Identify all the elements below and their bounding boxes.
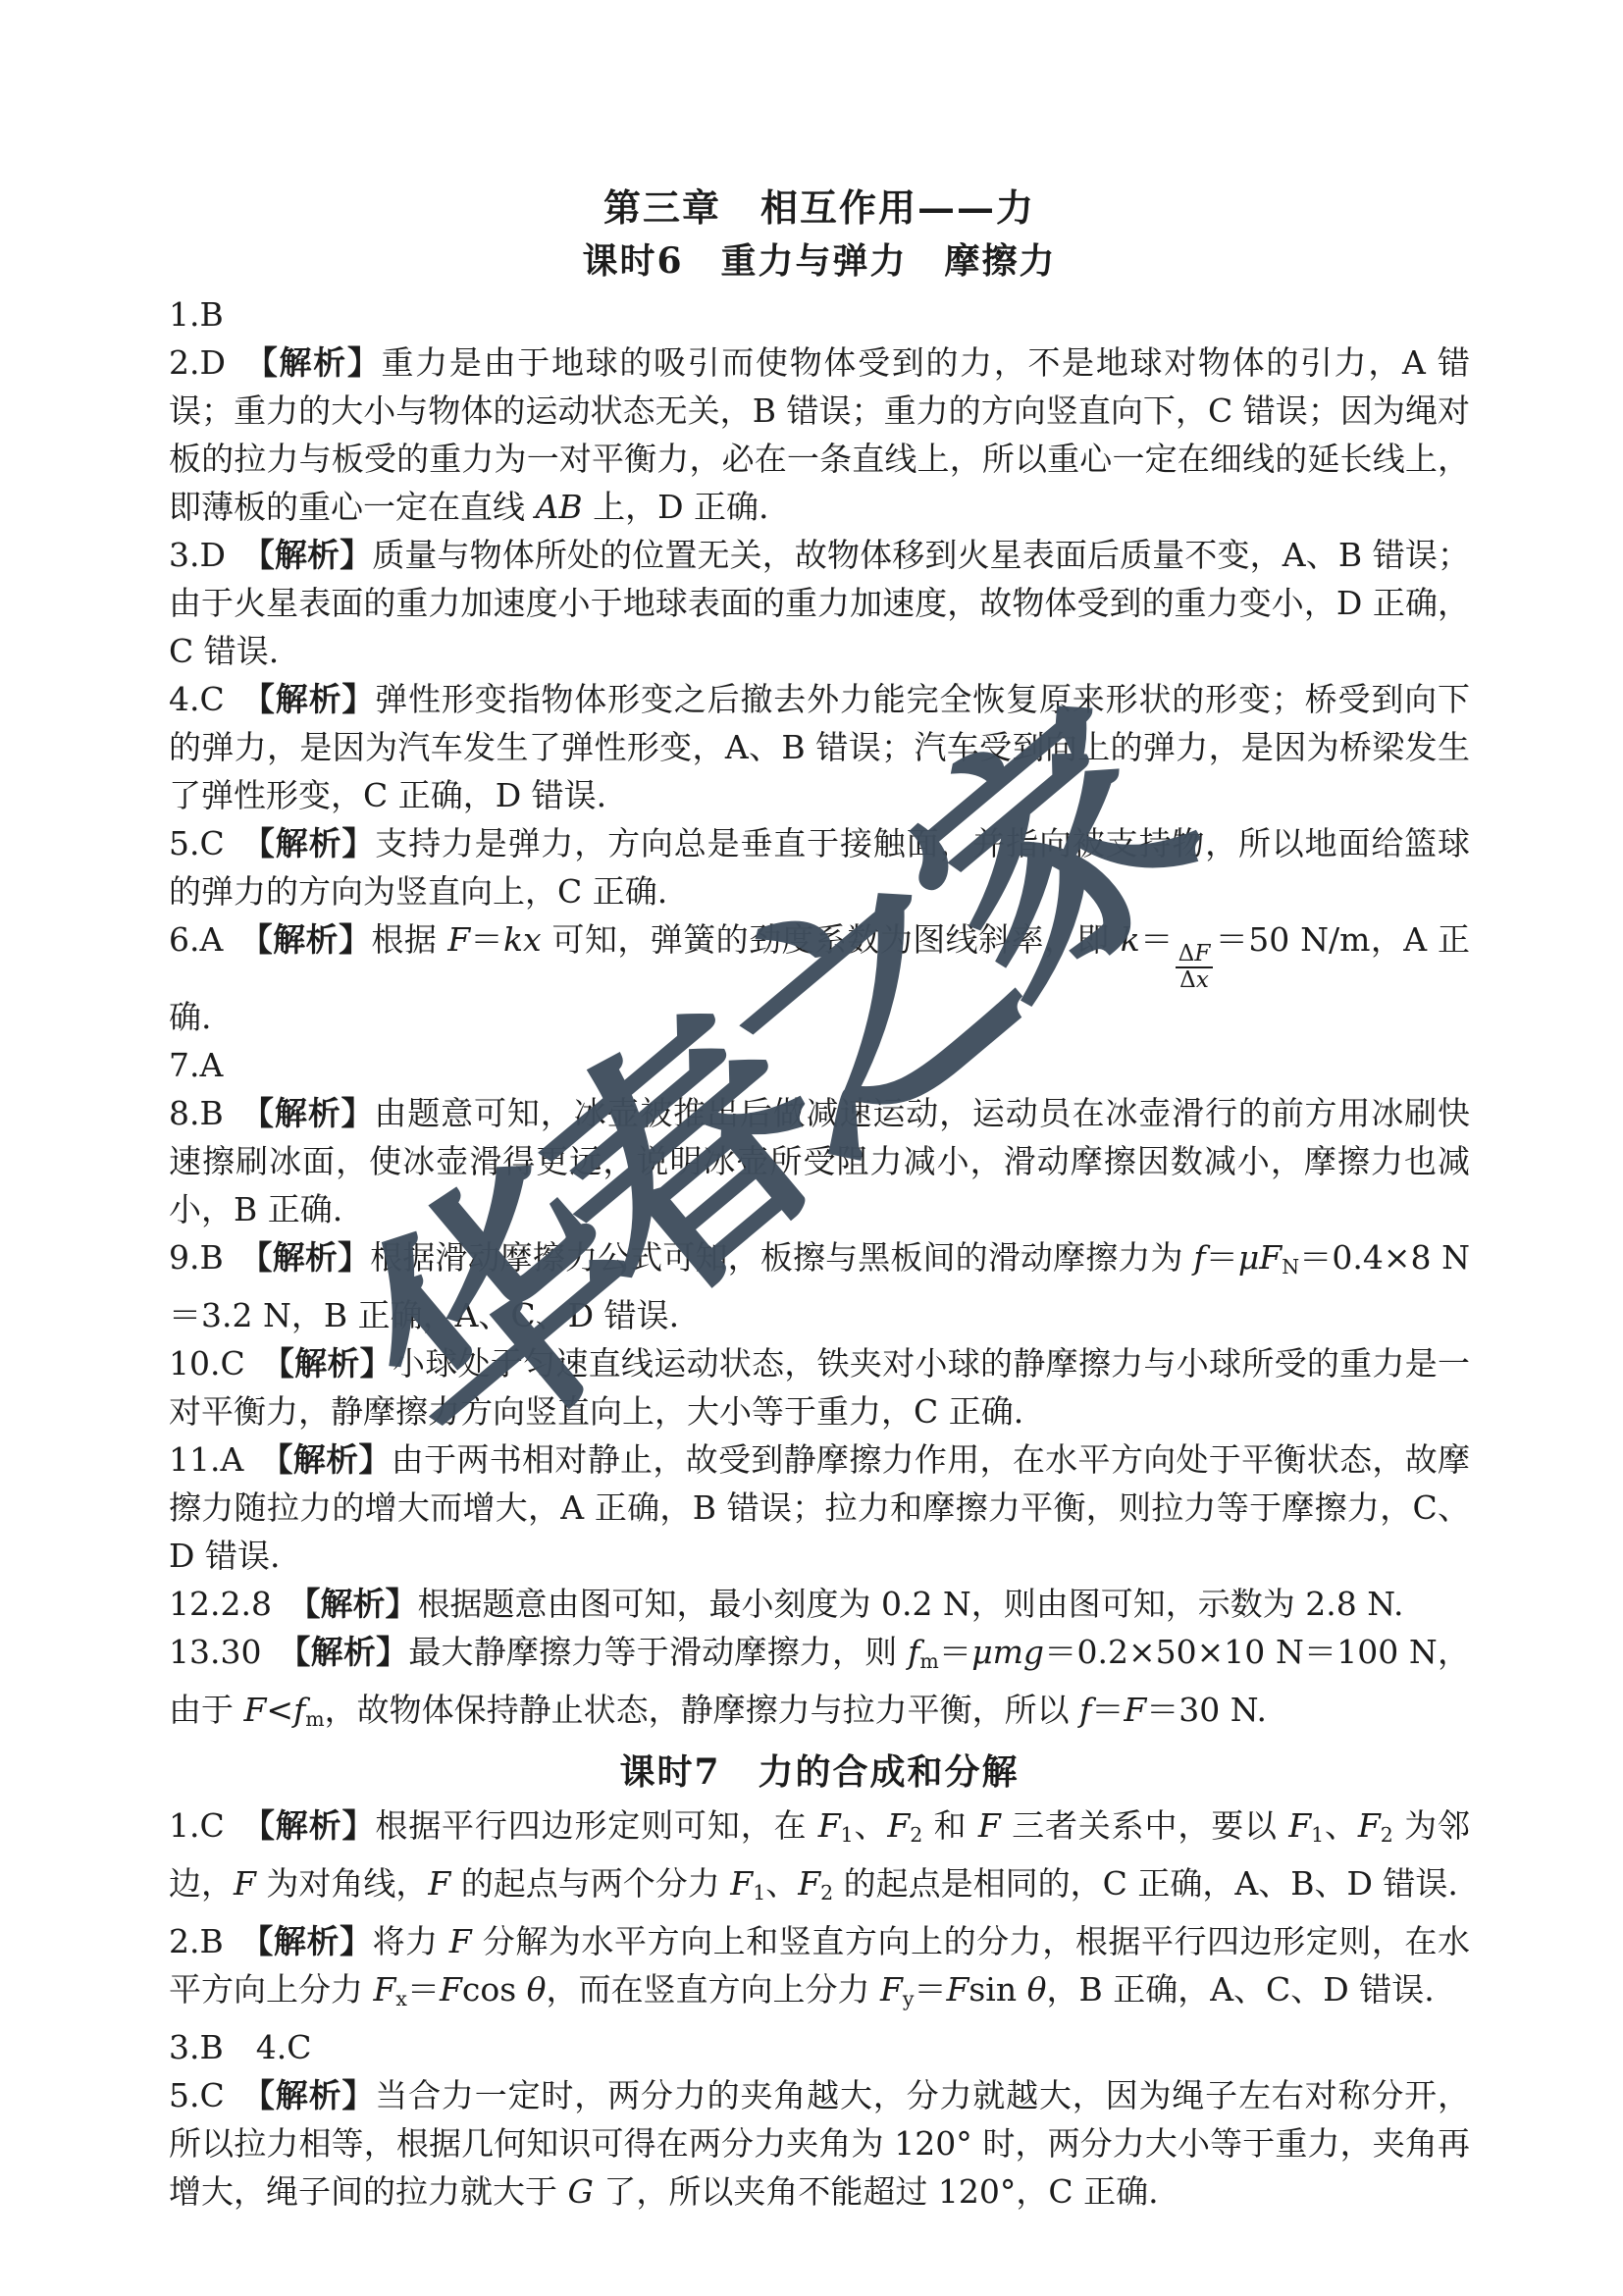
answer-item: 13.30 【解析】最大静摩擦力等于滑动摩擦力，则 fm＝μmg＝0.2×50×… <box>169 1628 1470 1744</box>
answer-item: 7.A <box>169 1041 1470 1089</box>
answer-item: 5.C 【解析】支持力是弹力，方向总是垂直于接触面，并指向被支持物，所以地面给篮… <box>169 819 1470 915</box>
answer-item: 3.D 【解析】质量与物体所处的位置无关，故物体移到火星表面后质量不变，A、B … <box>169 531 1470 675</box>
answer-item: 9.B 【解析】根据滑动摩擦力公式可知，板擦与黑板间的滑动摩擦力为 f＝μFN＝… <box>169 1233 1470 1339</box>
answer-item: 4.C 【解析】弹性形变指物体形变之后撤去外力能完全恢复原来形状的形变；桥受到向… <box>169 675 1470 819</box>
section-heading-keshi7: 课时7 力的合成和分解 <box>169 1747 1470 1798</box>
section-heading-keshi6: 课时6 重力与弹力 摩擦力 <box>169 235 1470 287</box>
answer-sheet-page: 第三章 相互作用——力 课时6 重力与弹力 摩擦力 1.B 2.D 【解析】重力… <box>0 0 1623 2296</box>
answer-item: 3.B 4.C <box>169 2023 1470 2071</box>
answer-item: 5.C 【解析】当合力一定时，两分力的夹角越大，分力就越大，因为绳子左右对称分开… <box>169 2071 1470 2216</box>
answer-item: 1.B <box>169 290 1470 339</box>
answer-item: 8.B 【解析】由题意可知，冰壶被推出后做减速运动，运动员在冰壶滑行的前方用冰刷… <box>169 1089 1470 1233</box>
answer-item: 2.B 【解析】将力 F 分解为水平方向上和竖直方向上的分力，根据平行四边形定则… <box>169 1917 1470 2023</box>
answer-item: 12.2.8 【解析】根据题意由图可知，最小刻度为 0.2 N，则由图可知，示数… <box>169 1580 1470 1628</box>
chapter-title: 第三章 相互作用——力 <box>169 183 1470 234</box>
answer-item: 1.C 【解析】根据平行四边形定则可知，在 F1、F2 和 F 三者关系中，要以… <box>169 1801 1470 1917</box>
content-column: 第三章 相互作用——力 课时6 重力与弹力 摩擦力 1.B 2.D 【解析】重力… <box>169 183 1470 2216</box>
answer-item: 11.A 【解析】由于两书相对静止，故受到静摩擦力作用，在水平方向处于平衡状态，… <box>169 1435 1470 1580</box>
answer-item: 6.A 【解析】根据 F＝kx 可知，弹簧的劲度系数为图线斜率，即 k＝ΔFΔx… <box>169 915 1470 1041</box>
answer-item: 2.D 【解析】重力是由于地球的吸引而使物体受到的力，不是地球对物体的引力，A … <box>169 339 1470 531</box>
answer-item: 10.C 【解析】小球处于匀速直线运动状态，铁夹对小球的静摩擦力与小球所受的重力… <box>169 1339 1470 1435</box>
